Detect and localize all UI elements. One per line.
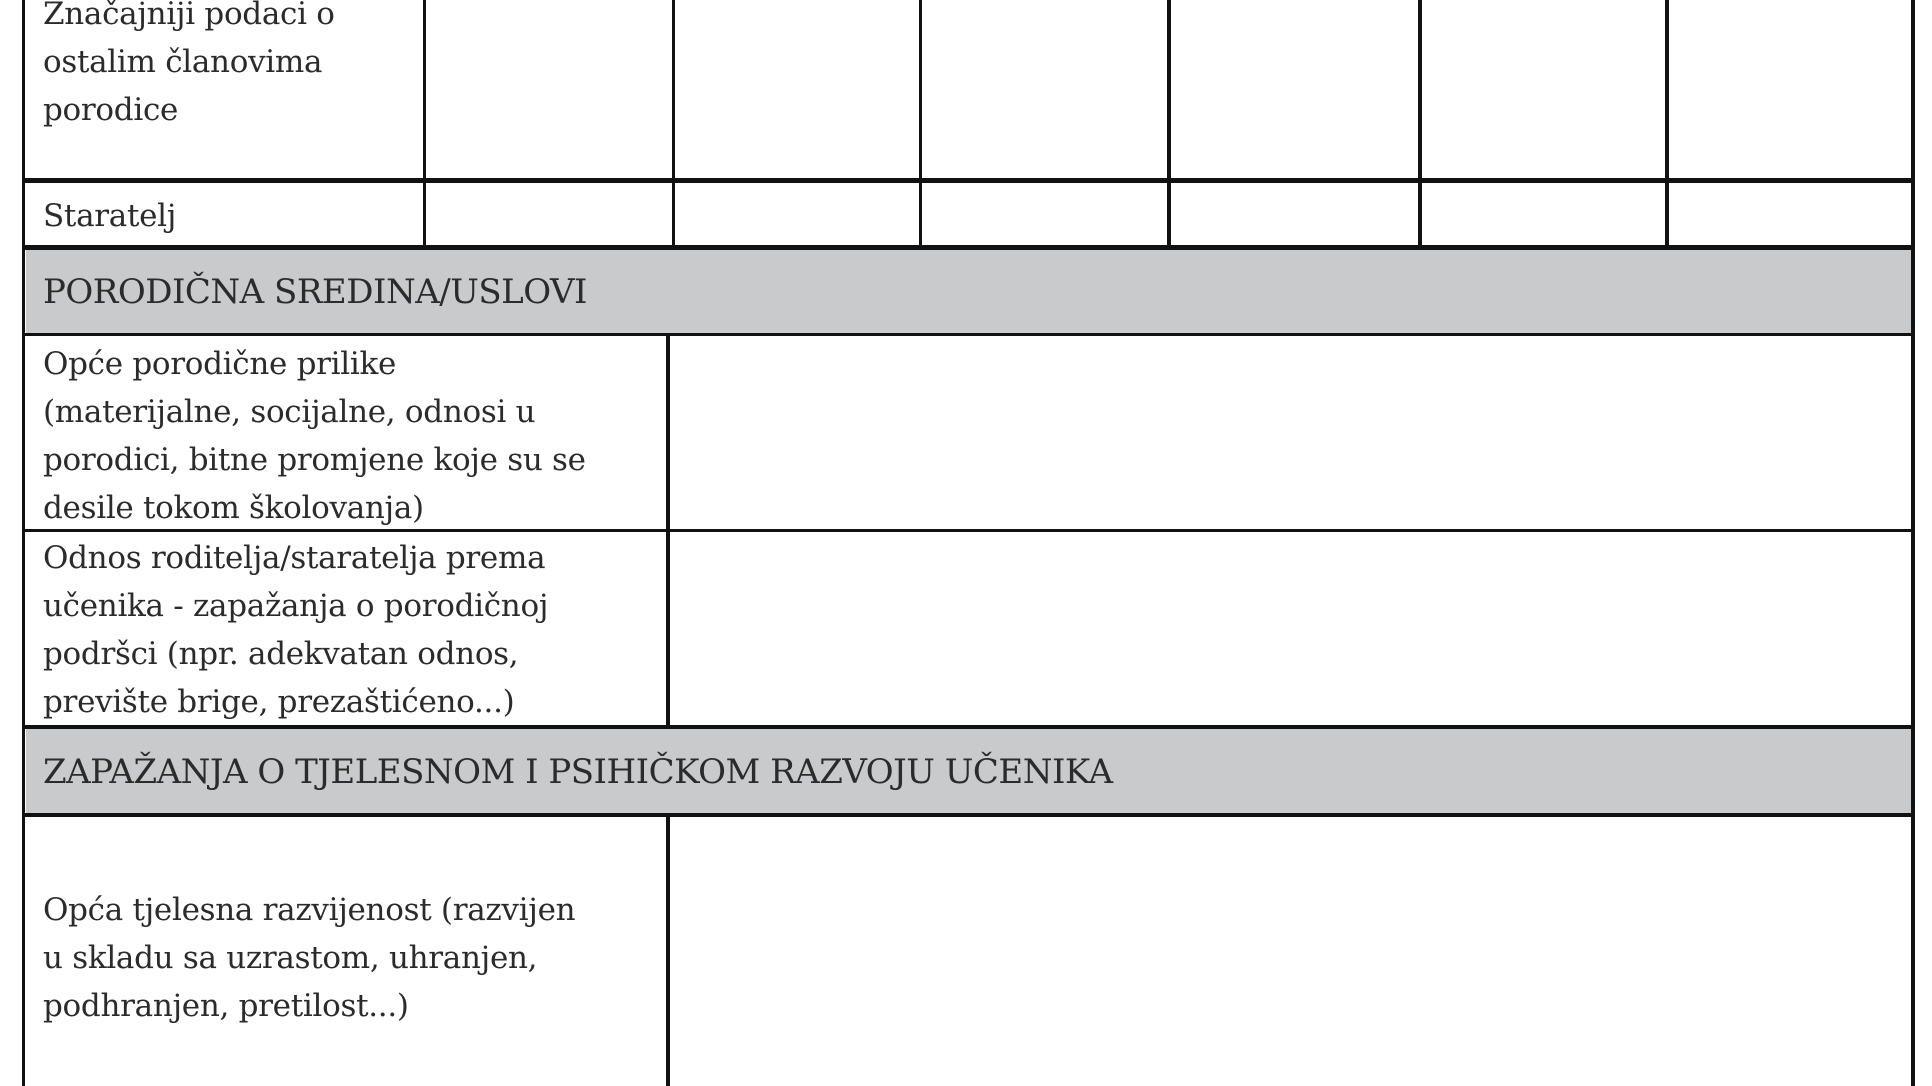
family-members-cell-3[interactable]	[924, 0, 1164, 177]
row-divider	[22, 529, 1915, 532]
row-divider	[22, 813, 1915, 817]
physical-development-value[interactable]	[672, 819, 1910, 1086]
row-label-parent-attitude: Odnos roditelja/staratelja prema učenika…	[43, 534, 663, 726]
col-divider	[1418, 0, 1422, 248]
row-divider	[22, 333, 1915, 336]
guardian-cell-4[interactable]	[1172, 185, 1415, 243]
family-members-cell-4[interactable]	[1172, 0, 1415, 177]
guardian-cell-5[interactable]	[1423, 185, 1662, 243]
col-divider	[666, 813, 670, 1086]
col-divider	[919, 0, 922, 248]
family-members-cell-2[interactable]	[677, 0, 916, 177]
col-divider	[672, 0, 675, 248]
section-title-family-environment: PORODIČNA SREDINA/USLOVI	[43, 272, 587, 312]
section-title-development: ZAPAŽANJA O TJELESNOM I PSIHIČKOM RAZVOJ…	[43, 752, 1113, 792]
row-label-general-family-circumstances: Opće porodične prilike (materijalne, soc…	[43, 340, 663, 532]
col-divider	[1665, 0, 1669, 248]
col-divider	[1167, 0, 1171, 248]
general-family-circumstances-value[interactable]	[672, 337, 1910, 529]
guardian-cell-6[interactable]	[1670, 185, 1910, 243]
family-members-cell-1[interactable]	[428, 0, 669, 177]
guardian-cell-2[interactable]	[677, 185, 916, 243]
row-label-guardian: Staratelj	[43, 192, 413, 240]
row-label-family-members: Značajniji podaci o ostalim članovima po…	[43, 0, 413, 134]
row-divider	[22, 245, 1915, 250]
parent-attitude-value[interactable]	[672, 533, 1910, 723]
row-divider	[22, 178, 1915, 183]
guardian-cell-3[interactable]	[924, 185, 1164, 243]
family-members-cell-5[interactable]	[1423, 0, 1662, 177]
row-divider	[22, 725, 1915, 729]
col-divider	[423, 0, 426, 248]
row-label-physical-development: Opća tjelesna razvijenost (razvijen u sk…	[43, 886, 663, 1030]
family-members-cell-6[interactable]	[1670, 0, 1910, 177]
border-right	[1911, 0, 1915, 1086]
border-left	[22, 0, 25, 1086]
guardian-cell-1[interactable]	[428, 185, 669, 243]
